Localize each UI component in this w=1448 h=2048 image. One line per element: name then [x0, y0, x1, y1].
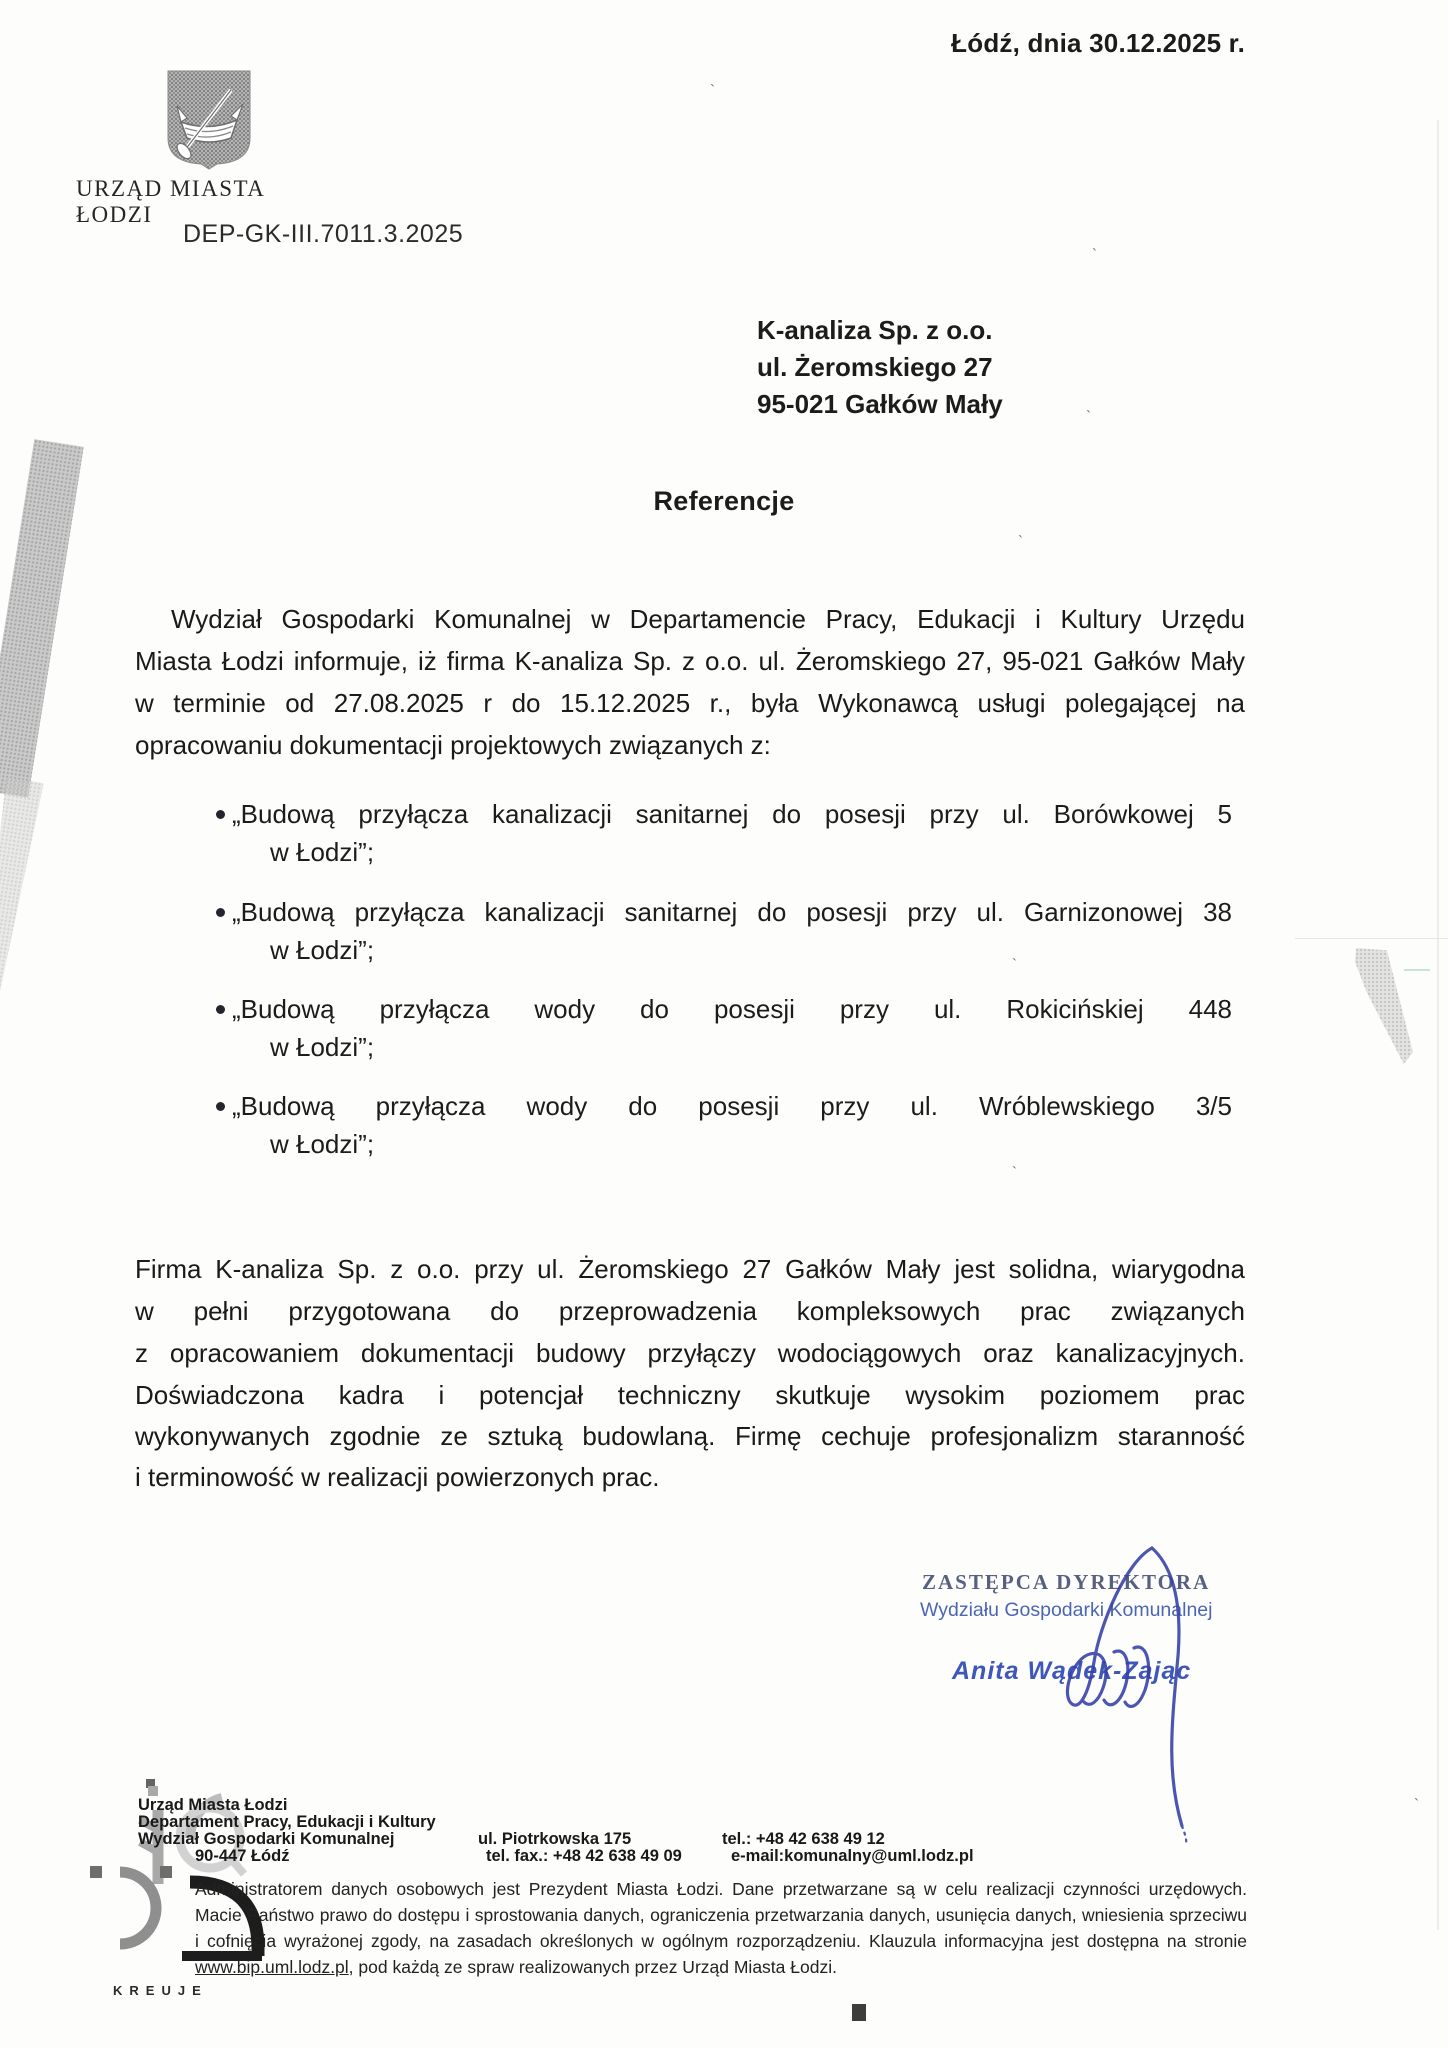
closing-line: Doświadczona kadra i potencjał techniczn…: [135, 1374, 1245, 1416]
fine-print-line: i cofnięcia wyrażonej zgody, na zasadach…: [195, 1928, 1247, 1954]
bullet-icon: [216, 908, 225, 917]
list-item-text: „Budową przyłącza wody do posesji przy u…: [232, 1091, 1232, 1121]
closing-line: wykonywanych zgodnie ze sztuką budowlaną…: [135, 1415, 1245, 1457]
intro-line: Miasta Łodzi informuje, iż firma K-anali…: [135, 640, 1245, 682]
scan-speck: `: [1086, 408, 1091, 425]
scanned-reference-letter: { "colors": { "ink": "#1c1c1c", "stamp_b…: [0, 0, 1448, 2048]
list-item-text: „Budową przyłącza kanalizacji sanitarnej…: [232, 799, 1232, 829]
recipient-city: 95-021 Gałków Mały: [757, 386, 1003, 423]
scan-artifact-edge-line: [1437, 120, 1439, 1930]
date-line: Łódź, dnia 30.12.2025 r.: [700, 28, 1245, 59]
document-title: Referencje: [0, 486, 1448, 517]
list-item: „Budową przyłącza kanalizacji sanitarnej…: [232, 893, 1232, 969]
closing-line: Firma K-analiza Sp. z o.o. przy ul. Żero…: [135, 1248, 1245, 1290]
closing-line: i terminowość w realizacji powierzonych …: [135, 1456, 1245, 1498]
bip-link: www.bip.uml.lodz.pl: [195, 1957, 349, 1977]
scan-artifact-teal-mark: [1404, 969, 1430, 971]
intro-line: w terminie od 27.08.2025 r do 15.12.2025…: [135, 682, 1245, 724]
recipient-address-block: K-analiza Sp. z o.o. ul. Żeromskiego 27 …: [757, 312, 1003, 423]
list-item: „Budową przyłącza wody do posesji przy u…: [232, 1087, 1232, 1163]
footer-zip-city: 90-447 Łódź: [195, 1847, 289, 1866]
list-item: „Budową przyłącza kanalizacji sanitarnej…: [232, 795, 1232, 871]
bullet-icon: [216, 810, 225, 819]
list-item-text: w Łodzi”;: [232, 833, 1232, 871]
list-item-text: w Łodzi”;: [232, 1028, 1232, 1066]
list-item-text: w Łodzi”;: [232, 931, 1232, 969]
city-crest-icon: [167, 70, 251, 170]
fine-print-line: www.bip.uml.lodz.pl, pod każdą ze spraw …: [195, 1954, 1247, 1980]
scan-artifact-horizontal-line: [1295, 938, 1448, 939]
intro-line: Wydział Gospodarki Komunalnej w Departam…: [135, 598, 1245, 640]
reference-number: DEP-GK-III.7011.3.2025: [183, 220, 463, 249]
footer-fax: tel. fax.: +48 42 638 49 09: [486, 1847, 682, 1866]
closing-line: w pełni przygotowana do przeprowadzenia …: [135, 1290, 1245, 1332]
recipient-street: ul. Żeromskiego 27: [757, 349, 1003, 386]
scan-speck: `: [1092, 246, 1097, 263]
scan-artifact-gray-wedge: [1355, 948, 1413, 1064]
recipient-name: K-analiza Sp. z o.o.: [757, 312, 1003, 349]
list-item-text: „Budową przyłącza wody do posesji przy u…: [232, 994, 1232, 1024]
scan-artifact-diagonal-stripe-faint: [0, 777, 44, 995]
fine-print-line: Administratorem danych osobowych jest Pr…: [195, 1876, 1247, 1902]
scan-speck: `: [1414, 1796, 1419, 1813]
kreuje-logo-text: KREUJE: [113, 1983, 208, 1998]
scan-speck: `: [1012, 1164, 1017, 1181]
scan-artifact-dark-square: [852, 2004, 866, 2021]
scan-speck: `: [710, 82, 715, 99]
intro-line: opracowaniu dokumentacji projektowych zw…: [135, 724, 1245, 766]
fine-print-line: Macie Państwo prawo do dostępu i sprosto…: [195, 1902, 1247, 1928]
scan-speck: `: [1018, 533, 1023, 550]
bullet-icon: [216, 1102, 225, 1111]
list-item-text: „Budową przyłącza kanalizacji sanitarnej…: [232, 897, 1232, 927]
footer-contact-block: Urząd Miasta Łodzi Departament Pracy, Ed…: [138, 1796, 1238, 1866]
closing-line: z opracowaniem dokumentacji budowy przył…: [135, 1332, 1245, 1374]
fine-print-tail: , pod każdą ze spraw realizowanych przez…: [349, 1957, 837, 1977]
list-item-text: w Łodzi”;: [232, 1125, 1232, 1163]
footer-email: e-mail:komunalny@uml.lodz.pl: [731, 1847, 974, 1866]
bullet-icon: [216, 1005, 225, 1014]
list-item: „Budową przyłącza wody do posesji przy u…: [232, 990, 1232, 1066]
